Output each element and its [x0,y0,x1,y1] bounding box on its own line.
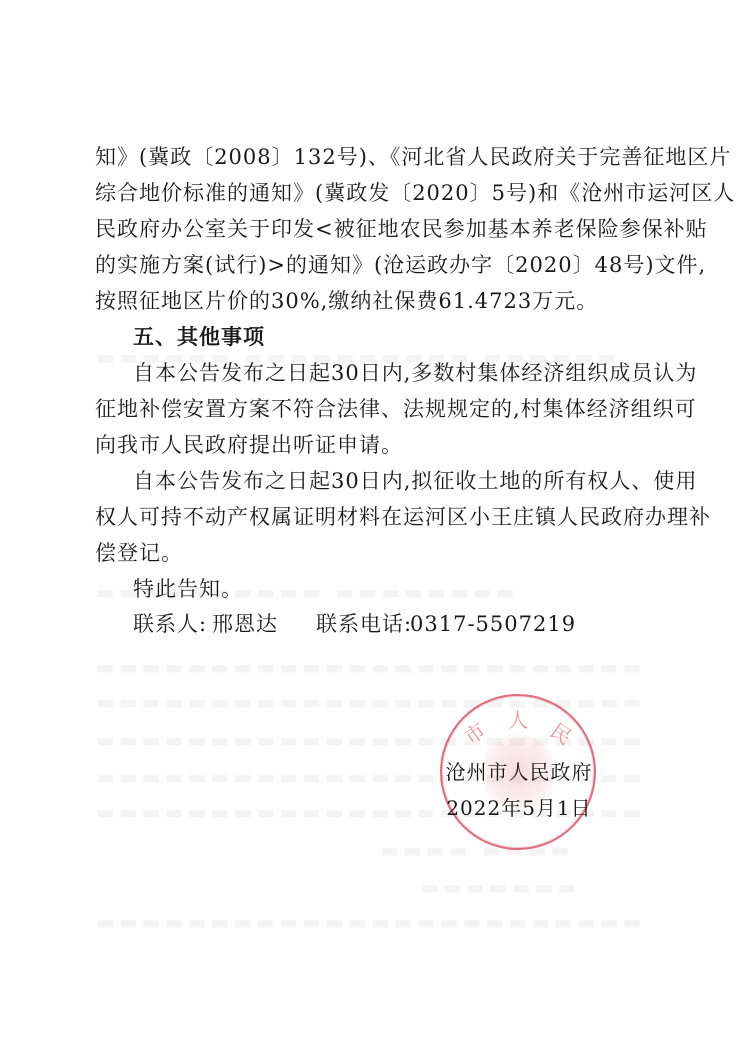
bleed-through-texture: ▬▬▬▬▬▬▬▬▬▬▬▬▬▬▬▬▬▬▬▬▬▬▬▬ [96,655,646,679]
closing-text: 特此告知。 [133,571,649,607]
contact-person-name: 邢恩达 [212,606,278,642]
paragraph-1-line: 综合地价标准的通知》(冀政发〔2020〕5号)和《沧州市运河区人 [95,175,649,211]
contact-phone-label: 联系电话: [316,606,412,642]
contact-phone-number: 0317-5507219 [410,606,576,642]
paragraph-3-line: 权人可持不动产权属证明材料在运河区小王庄镇人民政府办理补 [95,499,649,535]
bleed-through-texture: ▬▬▬▬▬▬▬ [420,875,580,899]
seal-character: 民 [545,715,578,750]
contact-person-label: 联系人: [133,606,207,642]
paragraph-3-line: 自本公告发布之日起30日内,拟征收土地的所有权人、使用 [133,463,649,499]
issuer-name: 沧州市人民政府 [444,756,594,785]
paragraph-2-line: 征地补偿安置方案不符合法律、法规规定的,村集体经济组织可 [95,391,649,427]
paragraph-3-line: 偿登记。 [95,535,649,571]
bleed-through-texture: ▬▬▬▬▬▬▬▬▬▬▬▬▬▬▬▬▬▬▬▬▬▬▬▬ [96,910,646,934]
document-page: ▬▬▬▬▬▬ ▬▬▬▬▬▬▬▬▬▬ ▬▬▬▬▬▬ ▬▬▬▬▬▬▬▬▬▬ ▬▬▬▬… [0,0,740,1046]
paragraph-1-line: 按照征地区片价的30%,缴纳社保费61.4723万元。 [95,283,649,319]
section-heading: 五、其他事项 [133,319,649,355]
paragraph-2-line: 向我市人民政府提出听证申请。 [95,427,649,463]
paragraph-1-line: 知》(冀政〔2008〕132号)、《河北省人民政府关于完善征地区片 [95,139,649,175]
paragraph-2-line: 自本公告发布之日起30日内,多数村集体经济组织成员认为 [133,355,649,391]
issue-date: 2022年5月1日 [444,792,594,821]
paragraph-1-line: 的实施方案(试行)>的通知》(沧运政办字〔2020〕48号)文件, [95,247,649,283]
paragraph-1-line: 民政府办公室关于印发<被征地农民参加基本养老保险参保补贴 [95,211,649,247]
seal-character: 市 [457,715,490,750]
seal-character: 人 [508,704,528,733]
